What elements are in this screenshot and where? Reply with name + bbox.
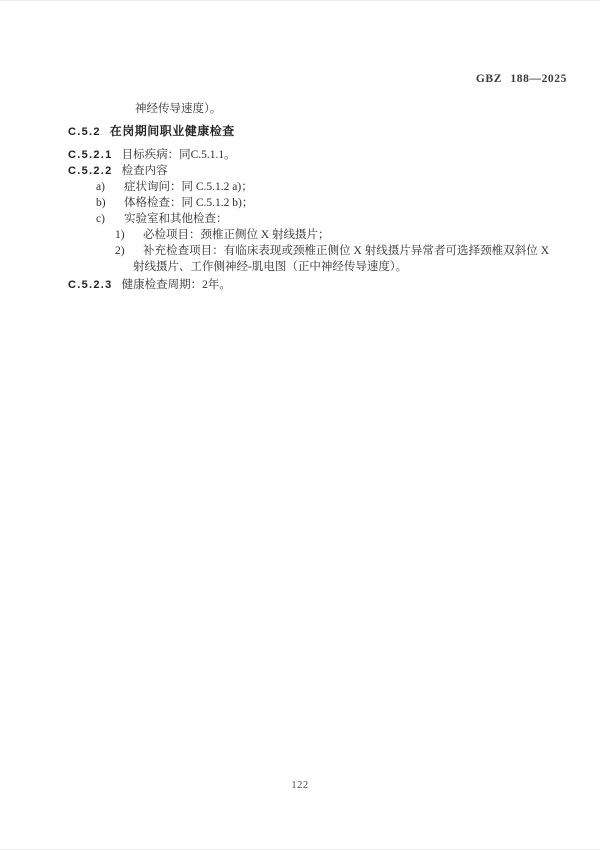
standard-code-header: GBZ 188—2025 xyxy=(476,72,567,87)
clause-number: C.5.2.1 xyxy=(68,149,113,161)
paragraph-continuation-line: 神经传导速度）。 xyxy=(135,101,221,117)
list-item-text: 症状询问：同 C.5.1.2 a)； xyxy=(124,181,253,193)
list-item-text: 体格检查：同 C.5.1.2 b)； xyxy=(124,197,253,209)
clause-exam-content: C.5.2.2检查内容 xyxy=(68,163,168,179)
document-page: GBZ 188—2025 神经传导速度）。 C.5.2在岗期间职业健康检查 C.… xyxy=(0,0,600,850)
clause-text: 目标疾病：同C.5.1.1。 xyxy=(122,149,236,161)
sub-item-label: 1) xyxy=(115,227,125,243)
list-item-label: b) xyxy=(96,195,106,211)
clause-number: C.5.2.3 xyxy=(68,279,113,291)
clause-number: C.5.2.2 xyxy=(68,165,113,177)
section-heading-number: C.5.2 xyxy=(68,126,101,138)
list-item-a: a)症状询问：同 C.5.1.2 a)； xyxy=(124,179,253,195)
sub-item-2: 2)补充检查项目：有临床表现或颈椎正侧位 X 射线摄片异常者可选择颈椎双斜位 X… xyxy=(133,243,549,275)
sub-item-text: 必检项目：颈椎正侧位 X 射线摄片； xyxy=(143,229,330,241)
sub-item-label: 2) xyxy=(115,243,125,259)
list-item-c: c)实验室和其他检查： xyxy=(124,211,228,227)
section-heading-title: 在岗期间职业健康检查 xyxy=(110,124,235,138)
list-item-text: 实验室和其他检查： xyxy=(124,213,228,225)
list-item-label: a) xyxy=(96,179,105,195)
list-item-label: c) xyxy=(96,211,105,227)
page-number: 122 xyxy=(0,780,600,791)
clause-exam-cycle: C.5.2.3健康检查周期：2年。 xyxy=(68,277,231,293)
list-item-b: b)体格检查：同 C.5.1.2 b)； xyxy=(124,195,253,211)
clause-target-disease: C.5.2.1目标疾病：同C.5.1.1。 xyxy=(68,147,236,163)
sub-item-1: 1)必检项目：颈椎正侧位 X 射线摄片； xyxy=(133,227,330,243)
sub-item-text: 补充检查项目：有临床表现或颈椎正侧位 X 射线摄片异常者可选择颈椎双斜位 X 射… xyxy=(133,245,549,273)
clause-text: 健康检查周期：2年。 xyxy=(122,279,231,291)
clause-text: 检查内容 xyxy=(122,165,168,177)
section-heading: C.5.2在岗期间职业健康检查 xyxy=(68,123,235,140)
